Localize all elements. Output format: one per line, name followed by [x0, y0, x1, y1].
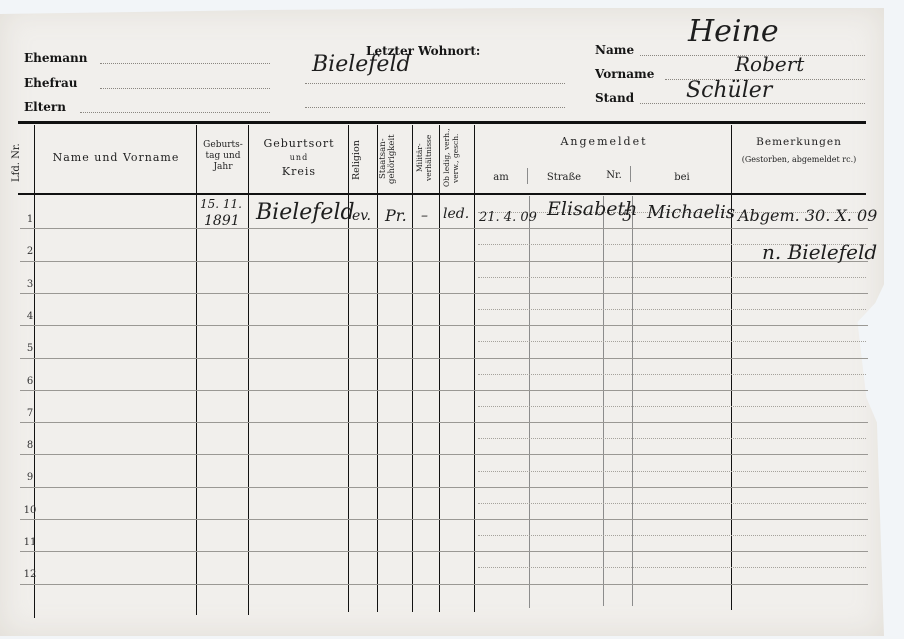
ehemann-line	[100, 63, 270, 64]
ehefrau-label: Ehefrau	[24, 76, 78, 90]
col-ledig: Ob ledig, verh., verw., gesch.	[442, 126, 472, 190]
entry-geburtstag-day: 15. 11.	[200, 197, 242, 211]
col-divider	[196, 125, 197, 615]
table-row	[20, 261, 868, 262]
col-geburtsort-line1: Geburtsort	[250, 137, 348, 151]
col-geburtstag: Geburts- tag und Jahr	[198, 140, 248, 173]
entry-bei: Michaelis	[647, 202, 735, 223]
stand-value: Schüler	[686, 78, 772, 103]
table-row-subline	[478, 341, 866, 342]
entry-bemerkungen-2: n. Bielefeld	[762, 240, 877, 264]
entry-ledig: led.	[443, 206, 469, 222]
entry-militaer: –	[421, 208, 428, 224]
col-religion: Religion	[352, 130, 374, 190]
col-am: am	[478, 172, 524, 183]
col-bei: bei	[634, 172, 730, 183]
col-divider	[731, 125, 732, 610]
table-row-subline	[478, 535, 866, 536]
table-row	[20, 584, 868, 585]
col-staatsangehoerigkeit: Staatsan-gehörigkeit	[379, 128, 409, 190]
col-lfd-nr: Lfd. Nr.	[12, 140, 26, 185]
col-divider	[348, 125, 349, 612]
table-row	[20, 422, 868, 423]
col-geburtstag-line3: Jahr	[198, 162, 248, 173]
table-row-subline	[478, 471, 866, 472]
nr-divider	[630, 166, 631, 182]
am-divider	[527, 168, 528, 184]
vorname-value: Robert	[735, 52, 804, 76]
table-row-subline	[478, 406, 866, 407]
eltern-label: Eltern	[24, 100, 66, 114]
table-row-subline	[478, 503, 866, 504]
table-row-subline	[478, 309, 866, 310]
name-value: Heine	[688, 14, 779, 49]
table-row	[20, 551, 868, 552]
ehemann-label: Ehemann	[24, 51, 87, 65]
col-militaer: Militär-verhältnisse	[415, 128, 437, 188]
col-strasse: Straße	[530, 172, 598, 183]
entry-religion: ev.	[352, 208, 371, 224]
row-number: 2	[22, 246, 38, 257]
col-geburtstag-line2: tag und	[198, 151, 248, 162]
col-geburtsort: Geburtsort und Kreis	[250, 137, 348, 179]
table-row	[20, 519, 868, 520]
wohnort-line-1	[305, 83, 565, 84]
table-row	[20, 228, 868, 229]
table-row	[20, 325, 868, 326]
eltern-line	[80, 112, 270, 113]
row-number: 5	[22, 343, 38, 354]
vorname-label: Vorname	[595, 67, 654, 81]
col-nr: Nr.	[600, 170, 628, 181]
table-row-subline	[478, 374, 866, 375]
row-number: 1	[22, 214, 38, 225]
row-number: 3	[22, 279, 38, 290]
table-row	[20, 358, 868, 359]
stand-line	[640, 103, 865, 104]
col-name-vorname: Name und Vorname	[36, 152, 196, 163]
col-divider	[377, 125, 378, 612]
table-row-subline	[478, 277, 866, 278]
row-number: 8	[22, 440, 38, 451]
entry-nr: 5	[622, 206, 632, 225]
entry-am: 21. 4. 09	[479, 210, 537, 225]
col-divider-thin	[529, 196, 530, 608]
col-divider	[248, 125, 249, 615]
row-number: 9	[22, 472, 38, 483]
entry-bemerkungen-1: Abgem. 30. X. 09	[738, 206, 877, 225]
row-number: 12	[22, 569, 38, 580]
col-divider	[412, 125, 413, 612]
ehefrau-line	[100, 88, 270, 89]
table-header-rule	[18, 193, 866, 195]
col-geburtstag-line1: Geburts-	[198, 140, 248, 151]
col-angemeldet: Angemeldet	[476, 136, 732, 147]
table-row	[20, 293, 868, 294]
table-row	[20, 390, 868, 391]
table-row-subline	[478, 567, 866, 568]
wohnort-line-2	[305, 107, 565, 108]
row-number: 7	[22, 408, 38, 419]
name-label: Name	[595, 43, 634, 57]
row-number: 11	[22, 537, 38, 548]
table-row	[20, 487, 868, 488]
header-rule	[18, 121, 866, 124]
col-divider-thin	[603, 196, 604, 606]
letzter-wohnort-value: Bielefeld	[312, 52, 411, 77]
col-bemerkungen: Bemerkungen	[734, 137, 864, 148]
row-number: 6	[22, 376, 38, 387]
col-bemerkungen-sub: (Gestorben, abgemeldet rc.)	[734, 154, 864, 165]
row-number: 10	[22, 505, 38, 516]
stand-label: Stand	[595, 91, 634, 105]
table-row	[20, 454, 868, 455]
col-divider	[474, 125, 475, 612]
entry-staatsangehoerigkeit: Pr.	[385, 206, 407, 225]
table-row-subline	[478, 438, 866, 439]
row-number: 4	[22, 311, 38, 322]
col-divider-thin	[632, 196, 633, 606]
col-geburtsort-line2: und	[250, 151, 348, 165]
entry-geburtsort: Bielefeld	[256, 200, 355, 225]
col-geburtsort-line3: Kreis	[250, 165, 348, 179]
entry-geburtstag-year: 1891	[204, 213, 240, 229]
col-divider	[439, 125, 440, 612]
